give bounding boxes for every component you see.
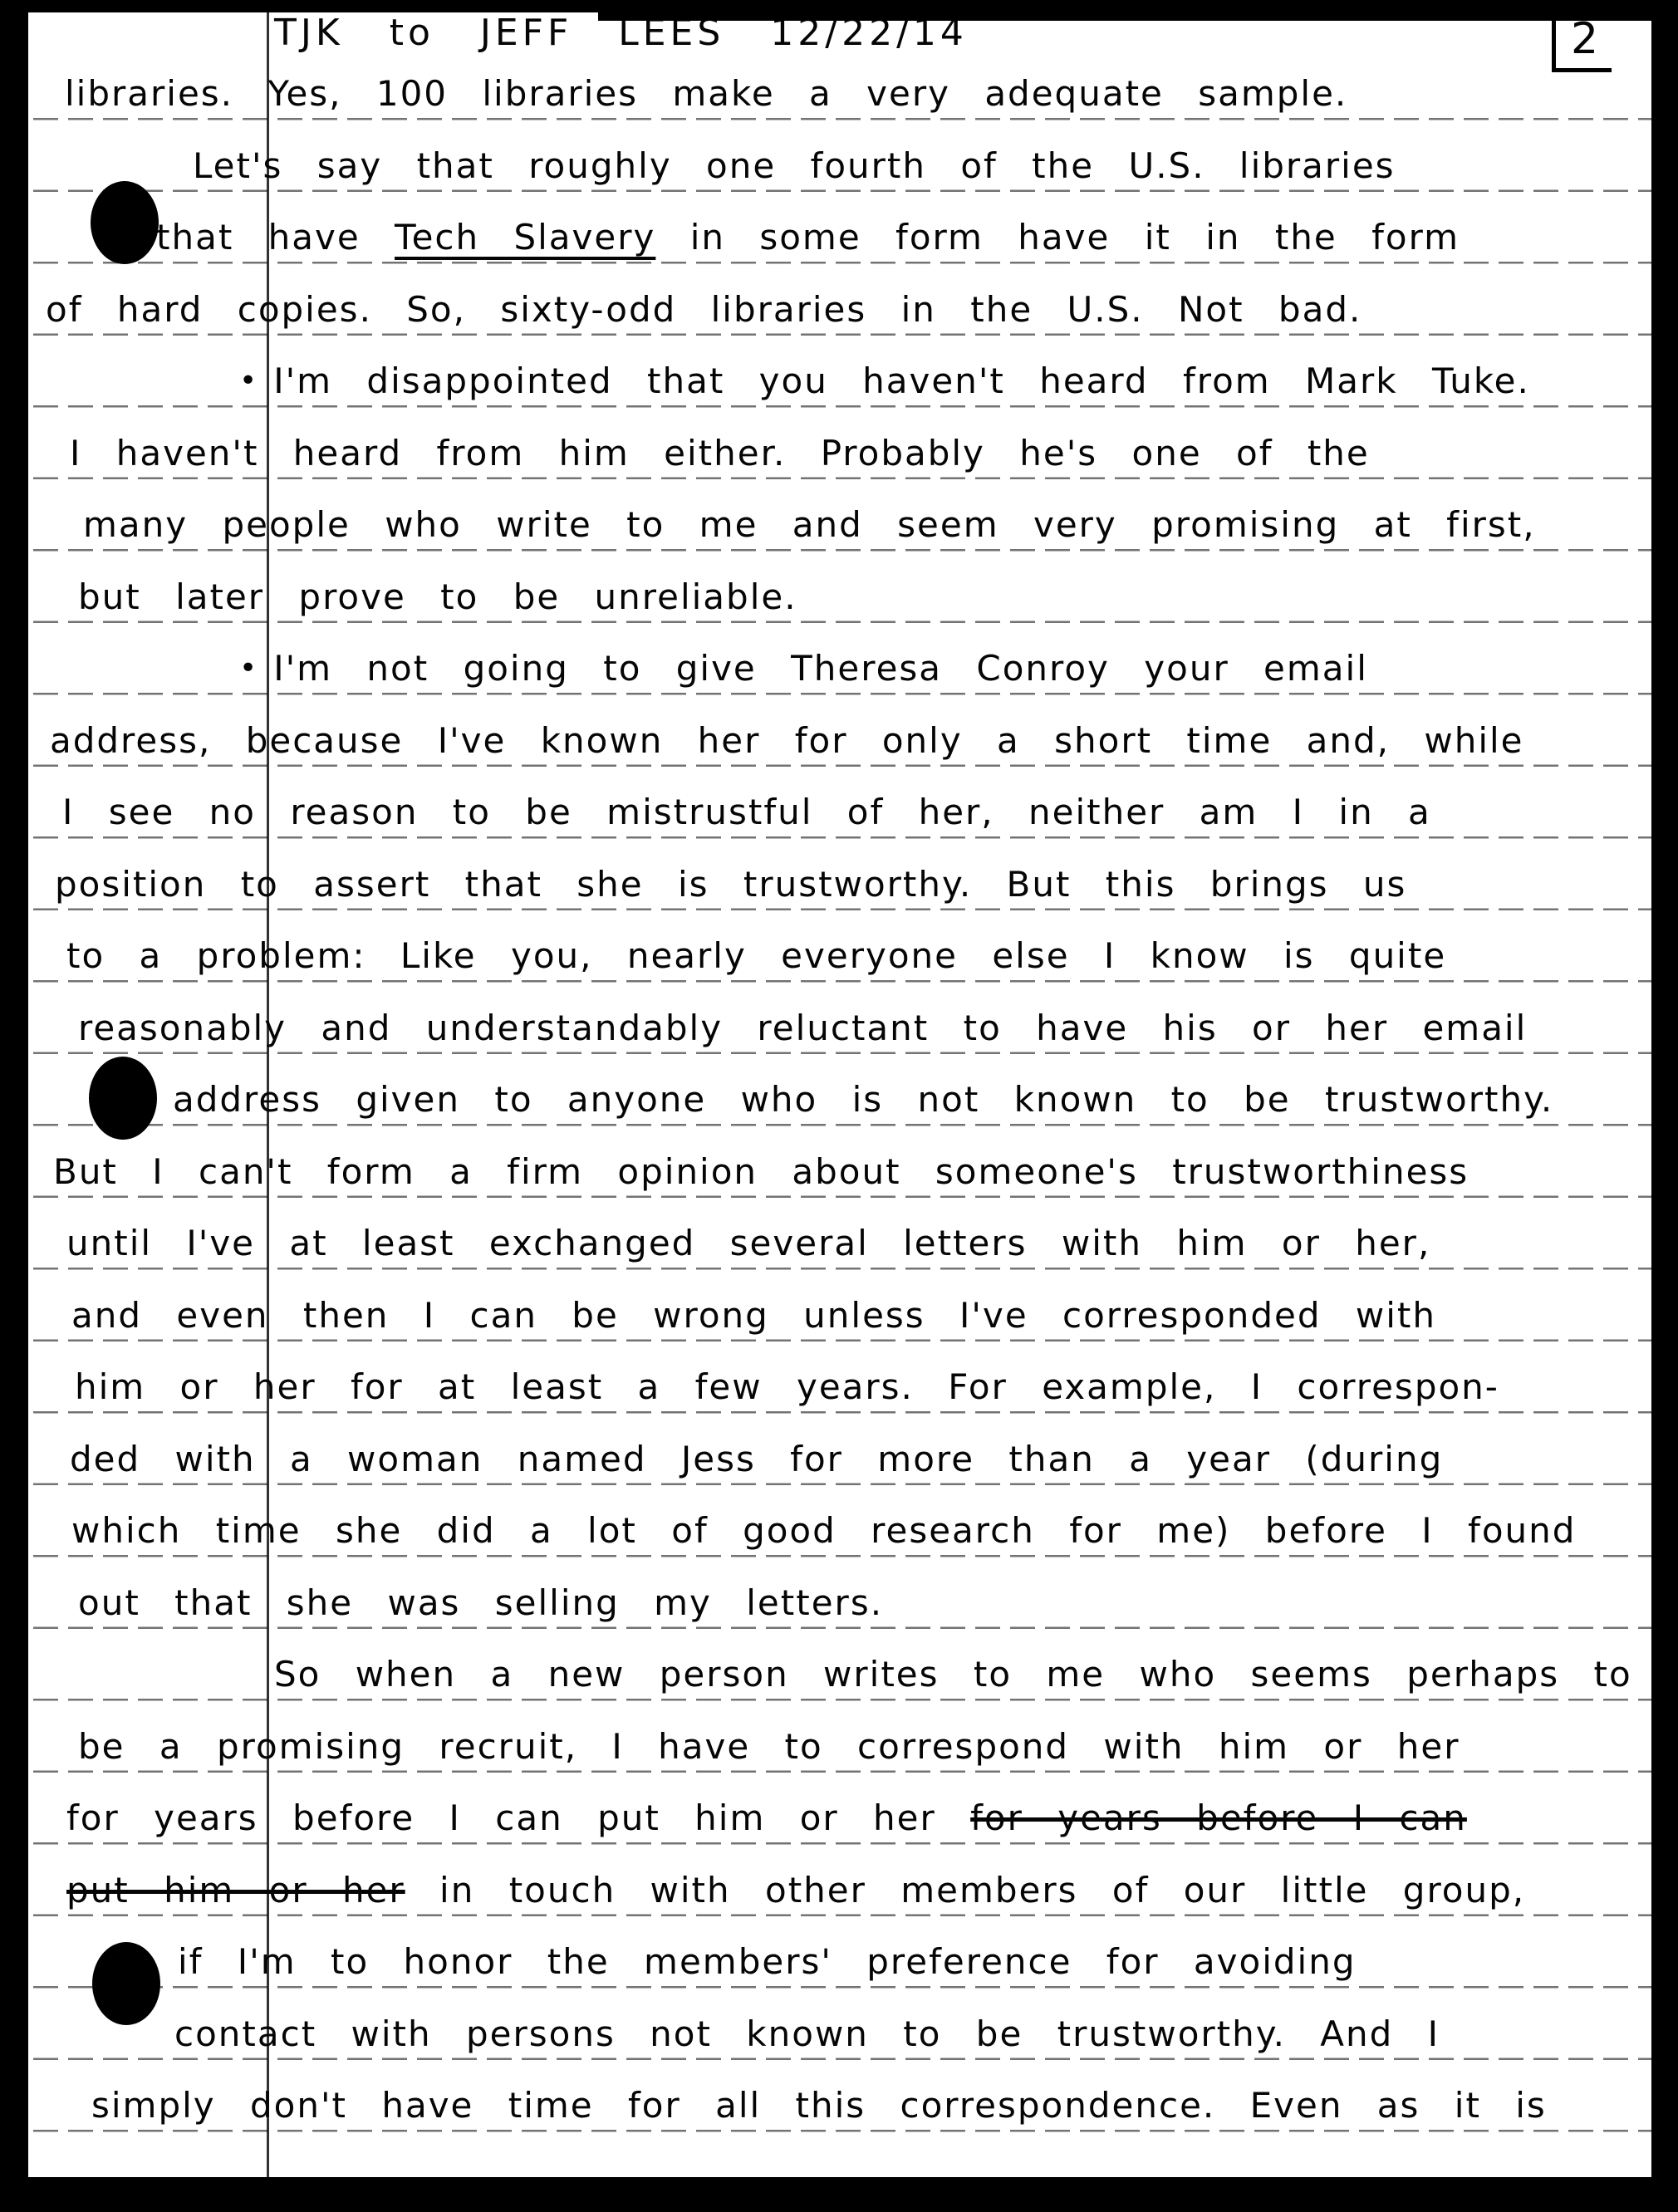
- scan-border-bottom: [0, 2177, 1678, 2212]
- text-line: I haven't heard from him either. Probabl…: [70, 426, 1370, 481]
- text-line: contact with persons not known to be tru…: [174, 2007, 1440, 2062]
- text-line: But I can't form a firm opinion about so…: [53, 1145, 1469, 1199]
- page-number: 2: [1552, 17, 1612, 72]
- text-line: to a problem: Like you, nearly everyone …: [66, 929, 1446, 983]
- bullet-marker: •: [239, 641, 258, 696]
- text-segment: for years before I can put him or her: [66, 1798, 970, 1838]
- text-segment: in some form have it in the form: [655, 217, 1460, 257]
- struck-text: for years before I can: [970, 1798, 1467, 1838]
- text-line: but later prove to be unreliable.: [78, 570, 797, 625]
- text-line: him or her for at least a few years. For…: [75, 1360, 1499, 1415]
- text-line: Let's say that roughly one fourth of the…: [193, 139, 1396, 194]
- scan-border-left: [0, 0, 28, 2212]
- text-segment: I'm not going to give Theresa Conroy you…: [273, 648, 1368, 689]
- text-line: for years before I can put him or her fo…: [66, 1791, 1467, 1846]
- text-line: and even then I can be wrong unless I've…: [71, 1288, 1436, 1343]
- hole-punch: [89, 1057, 157, 1140]
- scan-border-top-right: [598, 0, 1678, 21]
- text-line: address given to anyone who is not known…: [173, 1072, 1553, 1127]
- hole-punch: [92, 1942, 160, 2025]
- text-line: I see no reason to be mistrustful of her…: [62, 785, 1431, 840]
- text-line: •I'm disappointed that you haven't heard…: [239, 354, 1530, 411]
- text-line: out that she was selling my letters.: [78, 1576, 883, 1631]
- hole-punch: [91, 181, 159, 264]
- text-line: simply don't have time for all this corr…: [91, 2078, 1547, 2133]
- text-line: until I've at least exchanged several le…: [66, 1216, 1430, 1271]
- text-line: address, because I've known her for only…: [50, 714, 1524, 768]
- text-line: which time she did a lot of good researc…: [71, 1503, 1576, 1558]
- text-line: put him or her in touch with other membe…: [66, 1863, 1525, 1918]
- text-line: So when a new person writes to me who se…: [274, 1647, 1632, 1702]
- text-line: reasonably and understandably reluctant …: [78, 1001, 1527, 1056]
- scanned-letter-page: TJK to JEFF LEES 12/22/14 2 libraries. Y…: [0, 0, 1678, 2212]
- text-line: that have Tech Slavery in some form have…: [156, 210, 1460, 265]
- text-line: be a promising recruit, I have to corres…: [78, 1719, 1460, 1774]
- bullet-marker: •: [239, 354, 258, 409]
- text-segment: that have: [156, 217, 395, 257]
- text-line: •I'm not going to give Theresa Conroy yo…: [239, 641, 1368, 699]
- text-line: if I'm to honor the members' preference …: [178, 1935, 1356, 1989]
- text-segment: I'm disappointed that you haven't heard …: [273, 360, 1530, 401]
- struck-text: put him or her: [66, 1870, 405, 1910]
- underlined-title: Tech Slavery: [395, 217, 655, 257]
- text-line: libraries. Yes, 100 libraries make a ver…: [65, 66, 1347, 121]
- text-segment: in touch with other members of our littl…: [405, 1870, 1525, 1910]
- text-line: of hard copies. So, sixty-odd libraries …: [46, 282, 1362, 337]
- text-line: many people who write to me and seem ver…: [83, 498, 1536, 552]
- text-line: position to assert that she is trustwort…: [55, 857, 1406, 912]
- scan-border-right: [1651, 0, 1678, 2212]
- text-line: ded with a woman named Jess for more tha…: [70, 1432, 1443, 1487]
